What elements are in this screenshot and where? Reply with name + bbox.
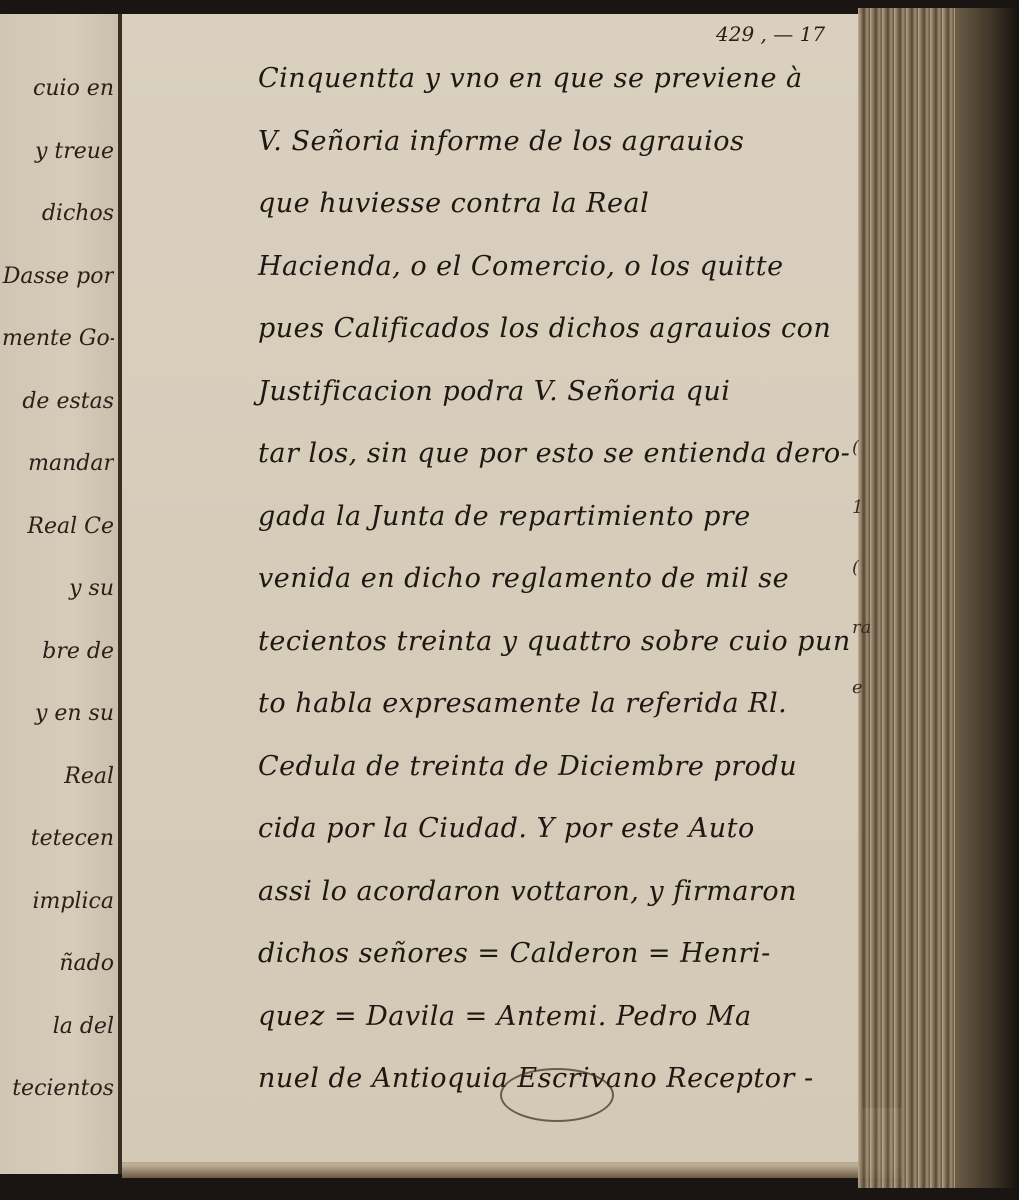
left-line: mandar [2, 433, 114, 496]
right-page-text: Cinquentta y vno en que se previene à V.… [258, 48, 838, 1111]
folio-number: 429 , — 17 [716, 22, 825, 46]
signature-flourish [500, 1068, 614, 1122]
folio-separator: , — [761, 22, 794, 46]
left-line: tecientos [2, 1058, 114, 1121]
left-line: mente Go- [2, 308, 114, 371]
left-line: dichos [2, 183, 114, 246]
text-line: Hacienda, o el Comercio, o los quitte [258, 236, 838, 299]
left-line: ñado [2, 933, 114, 996]
left-line: y treue [2, 121, 114, 184]
text-line: Justificacion podra V. Señoria qui [258, 361, 838, 424]
text-line: assi lo acordaron vottaron, y firmaron [258, 861, 838, 924]
left-line: tetecen [2, 808, 114, 871]
text-line: gada la Junta de repartimiento pre [258, 486, 838, 549]
left-line: y su [2, 558, 114, 621]
left-line: de estas [2, 371, 114, 434]
text-line: tar los, sin que por esto se entienda de… [258, 423, 838, 486]
text-line: Cinquentta y vno en que se previene à [258, 48, 838, 111]
text-line: dichos señores = Calderon = Henri- [258, 923, 838, 986]
left-line: Real [2, 746, 114, 809]
text-line: to habla expresamente la referida Rl. [258, 673, 838, 736]
left-line: la del [2, 996, 114, 1059]
text-line: que huviesse contra la Real [258, 173, 838, 236]
margin-marks: ( 1 ( ra e [852, 418, 892, 718]
left-line: cuio en [2, 58, 114, 121]
open-book: 429 , — 17 cuio en y treue dichos Dasse … [0, 8, 1019, 1183]
folio-annotation: 17 [800, 22, 825, 46]
text-line: Cedula de treinta de Diciembre produ [258, 736, 838, 799]
text-line: quez = Davila = Antemi. Pedro Ma [258, 986, 838, 1049]
text-line: pues Calificados los dichos agrauios con [258, 298, 838, 361]
margin-mark: ( [852, 538, 892, 598]
left-line: implica [2, 871, 114, 934]
text-line: cida por la Ciudad. Y por este Auto [258, 798, 838, 861]
left-page-text: cuio en y treue dichos Dasse por mente G… [2, 58, 114, 1121]
left-line: bre de [2, 621, 114, 684]
left-line: Real Ce [2, 496, 114, 559]
margin-mark: e [852, 658, 892, 718]
left-line: Dasse por [2, 246, 114, 309]
book-cover-edge [955, 8, 1019, 1188]
text-line: V. Señoria informe de los agrauios [258, 111, 838, 174]
margin-mark: 1 [852, 478, 892, 538]
left-line: y en su [2, 683, 114, 746]
text-line: tecientos treinta y quattro sobre cuio p… [258, 611, 838, 674]
margin-mark: ra [852, 598, 892, 658]
margin-mark: ( [852, 418, 892, 478]
folio-number-text: 429 [716, 22, 754, 46]
text-line: venida en dicho reglamento de mil se [258, 548, 838, 611]
